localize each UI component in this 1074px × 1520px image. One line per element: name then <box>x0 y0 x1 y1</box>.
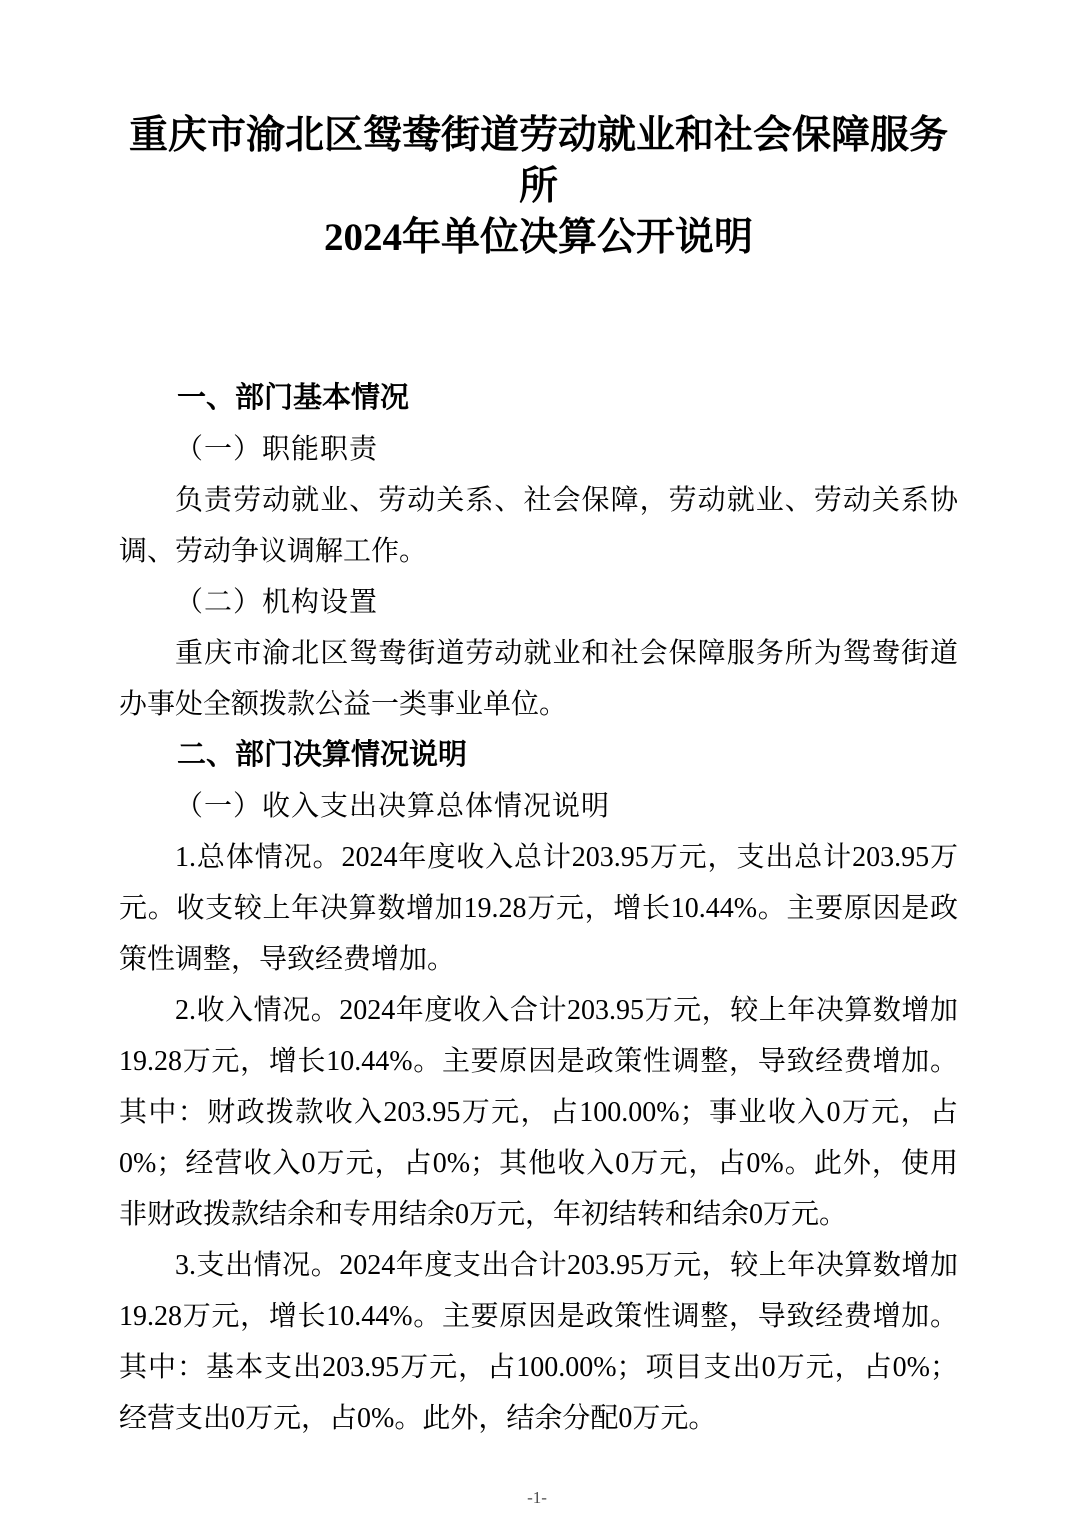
document-body: 一、部门基本情况 （一）职能职责 负责劳动就业、劳动关系、社会保障，劳动就业、劳… <box>119 373 958 1444</box>
document-content: 重庆市渝北区鸳鸯街道劳动就业和社会保障服务所 2024年单位决算公开说明 一、部… <box>0 0 1074 1444</box>
title-unit-name: 重庆市渝北区鸳鸯街道劳动就业和社会保障服务所 <box>119 110 958 212</box>
paragraph-overall-situation: 1.总体情况。2024年度收入总计203.95万元，支出总计203.95万元。收… <box>119 832 958 985</box>
paragraph-income-situation: 2.收入情况。2024年度收入合计203.95万元，较上年决算数增加19.28万… <box>119 985 958 1240</box>
section-heading-final-accounts: 二、部门决算情况说明 <box>119 730 958 781</box>
paragraph-organization: 重庆市渝北区鸳鸯街道劳动就业和社会保障服务所为鸳鸯街道办事处全额拨款公益一类事业… <box>119 628 958 730</box>
document-title: 重庆市渝北区鸳鸯街道劳动就业和社会保障服务所 2024年单位决算公开说明 <box>119 110 958 263</box>
section-heading-basic-info: 一、部门基本情况 <box>119 373 958 424</box>
document-page: 重庆市渝北区鸳鸯街道劳动就业和社会保障服务所 2024年单位决算公开说明 一、部… <box>0 0 1074 1520</box>
subsection-heading-organization: （二）机构设置 <box>119 577 958 628</box>
paragraph-expenditure-situation: 3.支出情况。2024年度支出合计203.95万元，较上年决算数增加19.28万… <box>119 1240 958 1444</box>
subsection-heading-duties: （一）职能职责 <box>119 424 958 475</box>
title-subtitle: 2024年单位决算公开说明 <box>119 212 958 263</box>
page-number: -1- <box>0 1488 1074 1508</box>
paragraph-duties: 负责劳动就业、劳动关系、社会保障，劳动就业、劳动关系协调、劳动争议调解工作。 <box>119 475 958 577</box>
subsection-heading-overall: （一）收入支出决算总体情况说明 <box>119 781 958 832</box>
